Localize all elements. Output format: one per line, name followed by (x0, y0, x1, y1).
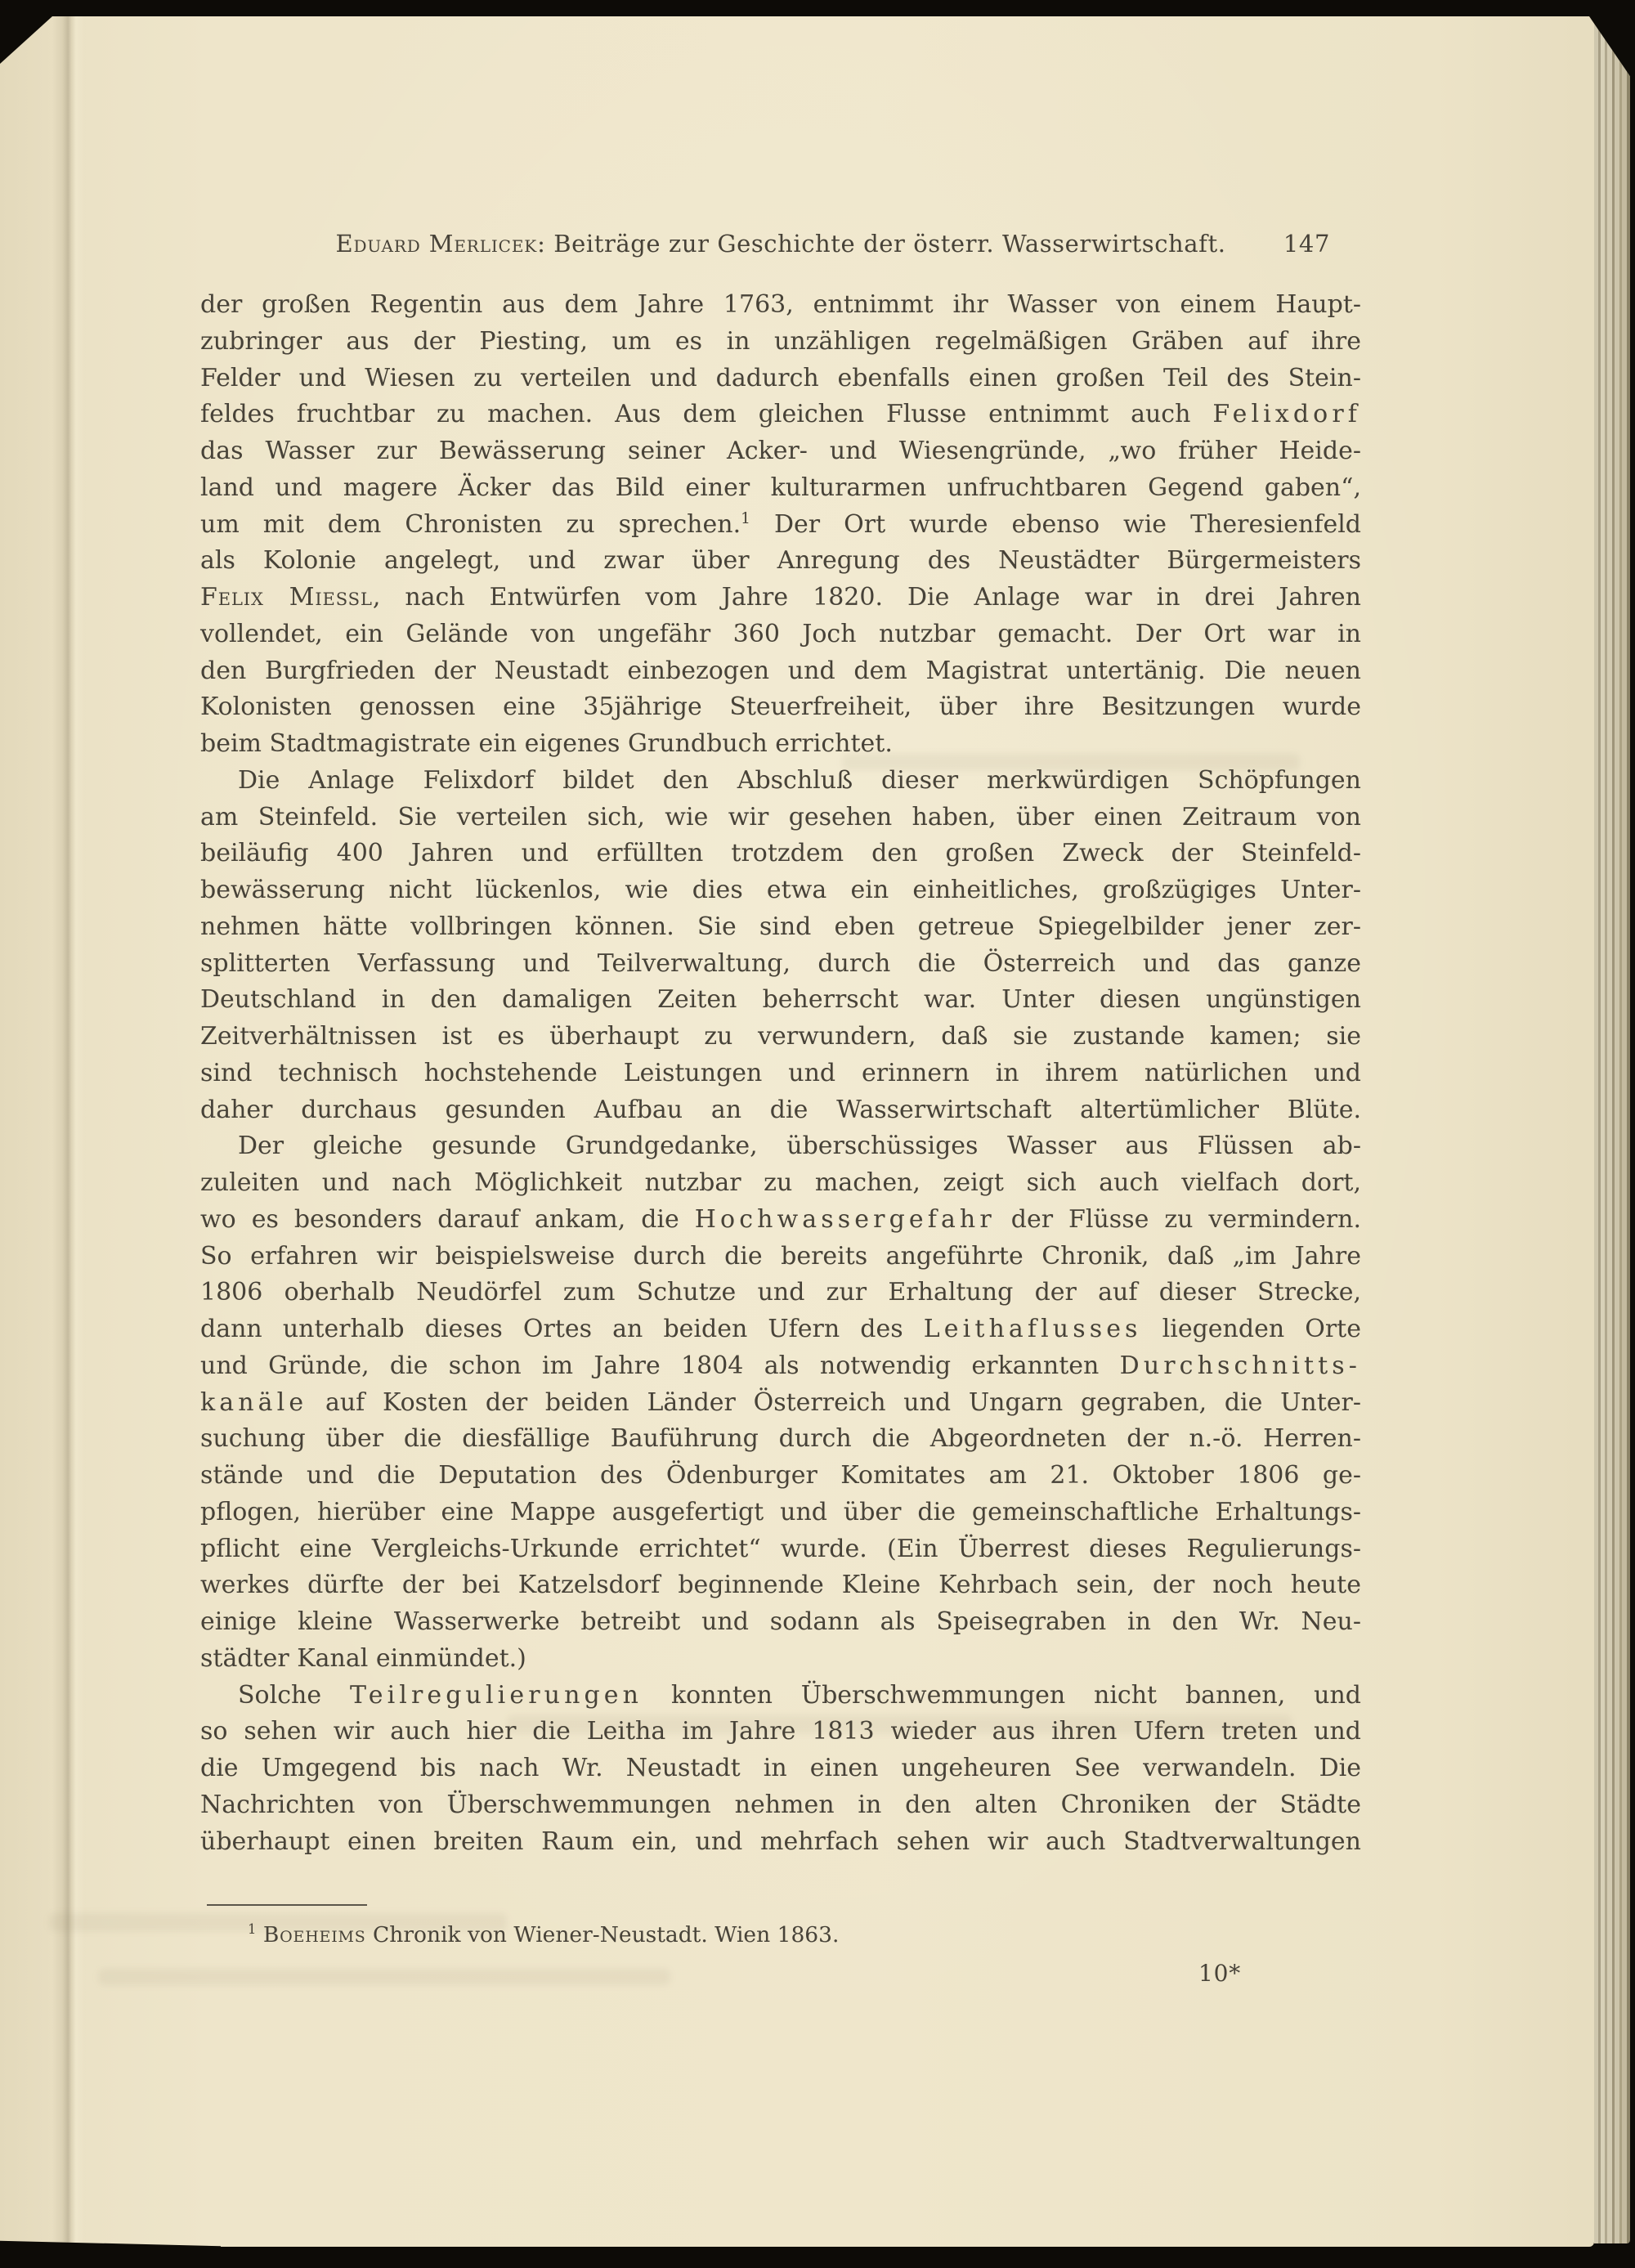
text-line: suchung über die diesfällige Bauführung … (200, 1421, 1361, 1458)
text-line: einige kleine Wasserwerke betreibt und s… (200, 1604, 1361, 1641)
text-line: stände und die Deputation des Ödenburger… (200, 1458, 1361, 1495)
running-header: Eduard Merlicek: Beiträge zur Geschichte… (200, 230, 1361, 258)
text-line: überhaupt einen breiten Raum ein, und me… (200, 1824, 1361, 1861)
text-line: beim Stadtmagistrate ein eigenes Grundbu… (200, 726, 1361, 763)
text-line: zubringer aus der Piesting, um es in unz… (200, 324, 1361, 361)
text-line: dann unterhalb dieses Ortes an beiden Uf… (200, 1311, 1361, 1348)
text-line: Solche Teilregulierungen konnten Übersch… (200, 1678, 1361, 1714)
body-text: der großen Regentin aus dem Jahre 1763, … (200, 287, 1361, 1860)
text-line: die Umgegend bis nach Wr. Neustadt in ei… (200, 1750, 1361, 1787)
text-line: pflicht eine Vergleichs-Urkunde errichte… (200, 1531, 1361, 1568)
text-line: Zeitverhältnissen ist es überhaupt zu ve… (200, 1019, 1361, 1056)
text-line: Kolonisten genossen eine 35jährige Steue… (200, 689, 1361, 726)
running-header-title: Eduard Merlicek: Beiträge zur Geschichte… (335, 230, 1225, 258)
text-line: um mit dem Chronisten zu sprechen.1 Der … (200, 507, 1361, 544)
text-line: als Kolonie angelegt, und zwar über Anre… (200, 543, 1361, 580)
text-line: am Steinfeld. Sie verteilen sich, wie wi… (200, 800, 1361, 836)
text-line: den Burgfrieden der Neustadt einbezogen … (200, 653, 1361, 690)
text-line: wo es besonders darauf ankam, die Hochwa… (200, 1202, 1361, 1239)
text-line: Die Anlage Felixdorf bildet den Abschluß… (200, 763, 1361, 800)
text-line: Felix Miessl, nach Entwürfen vom Jahre 1… (200, 580, 1361, 616)
text-line: vollendet, ein Gelände von ungefähr 360 … (200, 616, 1361, 653)
text-line: sind technisch hochstehende Leistungen u… (200, 1056, 1361, 1092)
text-line: so sehen wir auch hier die Leitha im Jah… (200, 1714, 1361, 1750)
scanned-book-page: { "colors": { "paper": "#ede4c9", "ink":… (0, 0, 1635, 2268)
text-line: bewässerung nicht lückenlos, wie dies et… (200, 872, 1361, 909)
scanner-background-bottom (0, 2247, 1635, 2268)
text-line: städter Kanal einmündet.) (200, 1641, 1361, 1678)
text-line: 1806 oberhalb Neudörfel zum Schutze und … (200, 1275, 1361, 1311)
text-line: pflogen, hierüber eine Mappe ausgefertig… (200, 1495, 1361, 1531)
page-edge-stack (1594, 23, 1630, 2243)
text-line: feldes fruchtbar zu machen. Aus dem glei… (200, 397, 1361, 433)
footnote: 1 Boeheims Chronik von Wiener-Neustadt. … (200, 1919, 1361, 1952)
text-line: werkes dürfte der bei Katzelsdorf beginn… (200, 1567, 1361, 1604)
text-line: land und magere Äcker das Bild einer kul… (200, 470, 1361, 507)
text-line: Felder und Wiesen zu verteilen und dadur… (200, 361, 1361, 397)
text-line: Nachrichten von Überschwemmungen nehmen … (200, 1787, 1361, 1824)
text-line: nehmen hätte vollbringen können. Sie sin… (200, 909, 1361, 946)
footnote-rule (207, 1904, 367, 1906)
signature-mark: 10* (1198, 1960, 1241, 1987)
text-line: zuleiten und nach Möglichkeit nutzbar zu… (200, 1165, 1361, 1202)
text-line: daher durchaus gesunden Aufbau an die Wa… (200, 1092, 1361, 1129)
text-line: Deutschland in den damaligen Zeiten behe… (200, 982, 1361, 1019)
text-line: das Wasser zur Bewässerung seiner Acker-… (200, 433, 1361, 470)
text-line: So erfahren wir beispielsweise durch die… (200, 1239, 1361, 1275)
show-through-ghost (98, 1969, 670, 1985)
gutter-crease (52, 16, 85, 2247)
scanner-background-top (0, 0, 1635, 16)
text-line: beiläufig 400 Jahren und erfüllten trotz… (200, 836, 1361, 872)
text-line: kanäle auf Kosten der beiden Länder Öste… (200, 1385, 1361, 1422)
text-line: splitterten Verfassung und Teilverwaltun… (200, 946, 1361, 983)
text-line: und Gründe, die schon im Jahre 1804 als … (200, 1348, 1361, 1385)
text-line: der großen Regentin aus dem Jahre 1763, … (200, 287, 1361, 324)
scanner-background-right (1630, 0, 1635, 2268)
text-line: Der gleiche gesunde Grundgedanke, übersc… (200, 1128, 1361, 1165)
page-number: 147 (1283, 230, 1330, 258)
